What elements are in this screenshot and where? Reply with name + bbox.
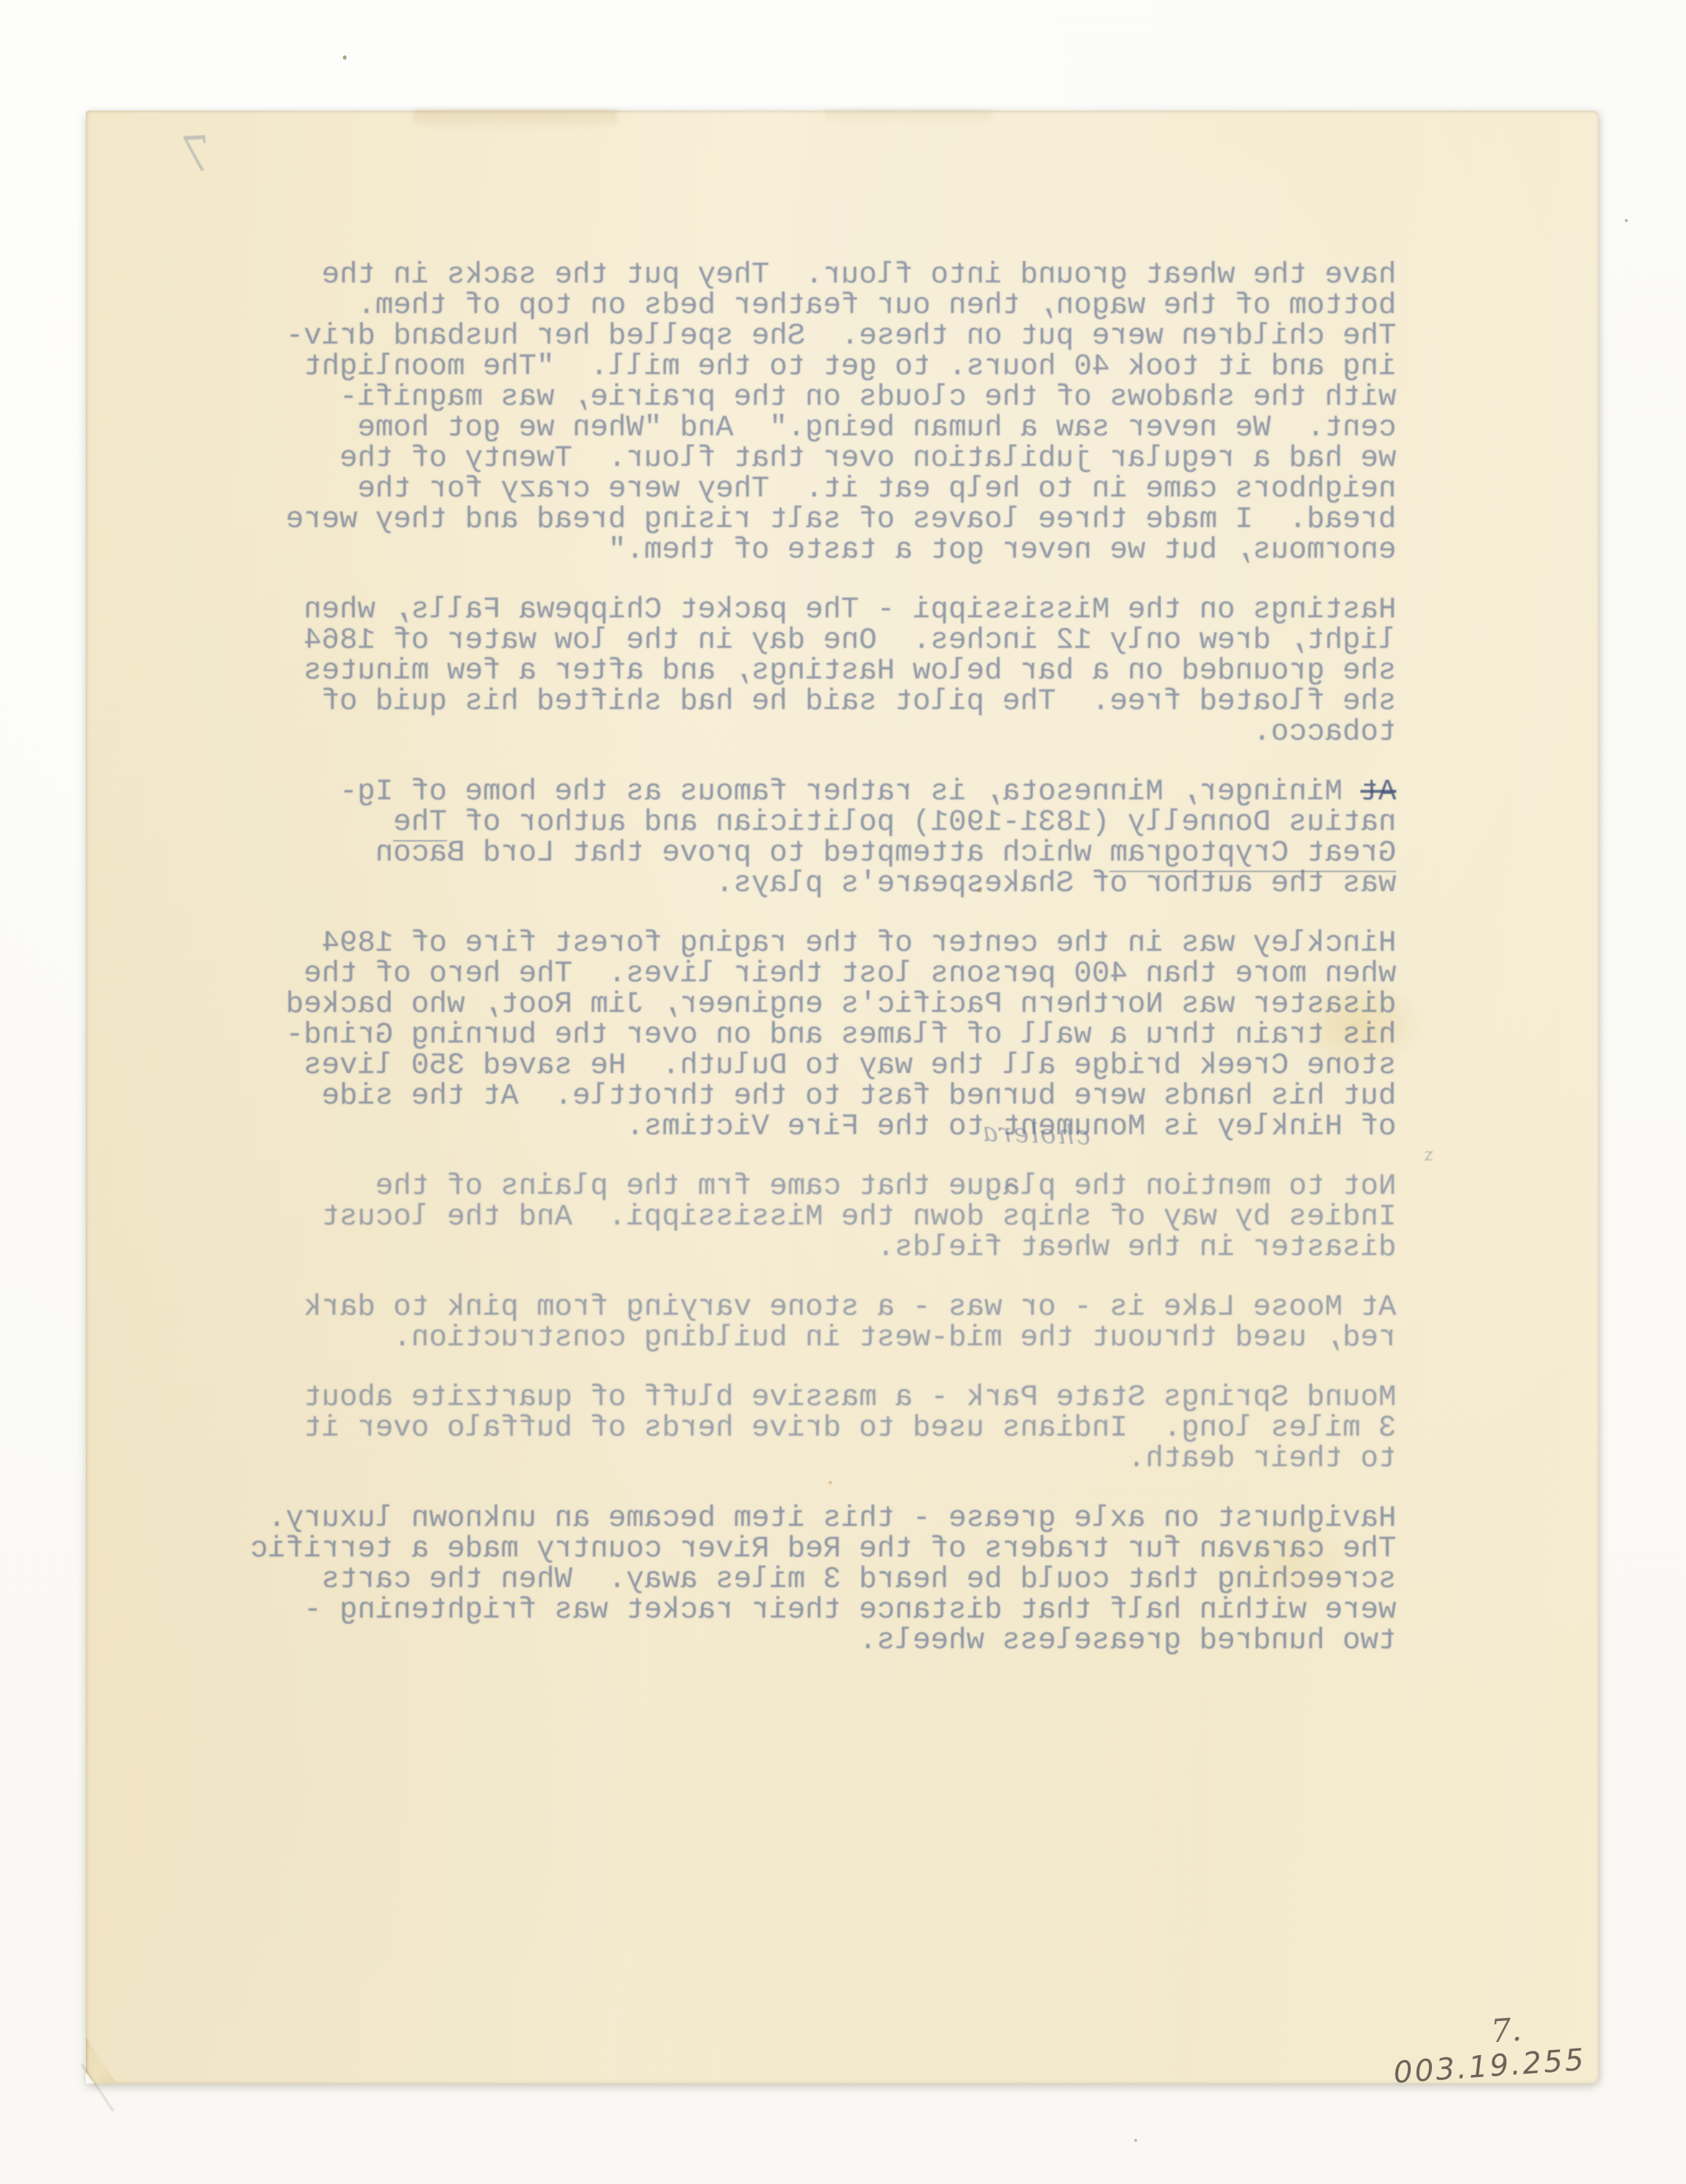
typewritten-paragraph: Hastings on the Mississippi - The packet… [231,595,1396,748]
tape-discoloration [825,109,992,125]
dust-speck [1625,219,1628,222]
typewritten-paragraph: Hinckley was in the center of the raging… [231,928,1396,1142]
typewritten-paragraph: At Mininger, Minnesota, is rather famous… [231,777,1396,899]
typewritten-paragraph: have the wheat ground into flour. They p… [231,260,1396,566]
accession-number: 003.19.255 [1393,2042,1587,2090]
dust-speck [343,55,347,60]
paper-sheet: 7 have the wheat ground into flour. They… [86,111,1599,2084]
handwritten-insert-word: cholera [951,1117,1091,1152]
insert-caret-mark: ^ [1002,1179,1020,1205]
typewritten-paragraph: Havighurst on axle grease - this item be… [231,1503,1396,1656]
margin-pencil-mark: z [1422,1144,1434,1165]
typewritten-text-block: have the wheat ground into flour. They p… [231,260,1396,1685]
mirrored-pencil-page-number: 7 [143,122,211,188]
tape-discoloration [413,109,617,131]
pencil-page-number: 7. [1489,2011,1522,2051]
typewritten-paragraph: Not to mention the plague that came frm … [231,1171,1396,1263]
scan-page: { "scan": { "background_color": "#fbfaf7… [0,0,1686,2184]
typewritten-paragraph: At Moose Lake is - or was - a stone vary… [231,1292,1396,1353]
typewritten-paragraph: Mound Springs State Park - a massive blu… [231,1382,1396,1474]
dust-speck [1134,2139,1137,2142]
